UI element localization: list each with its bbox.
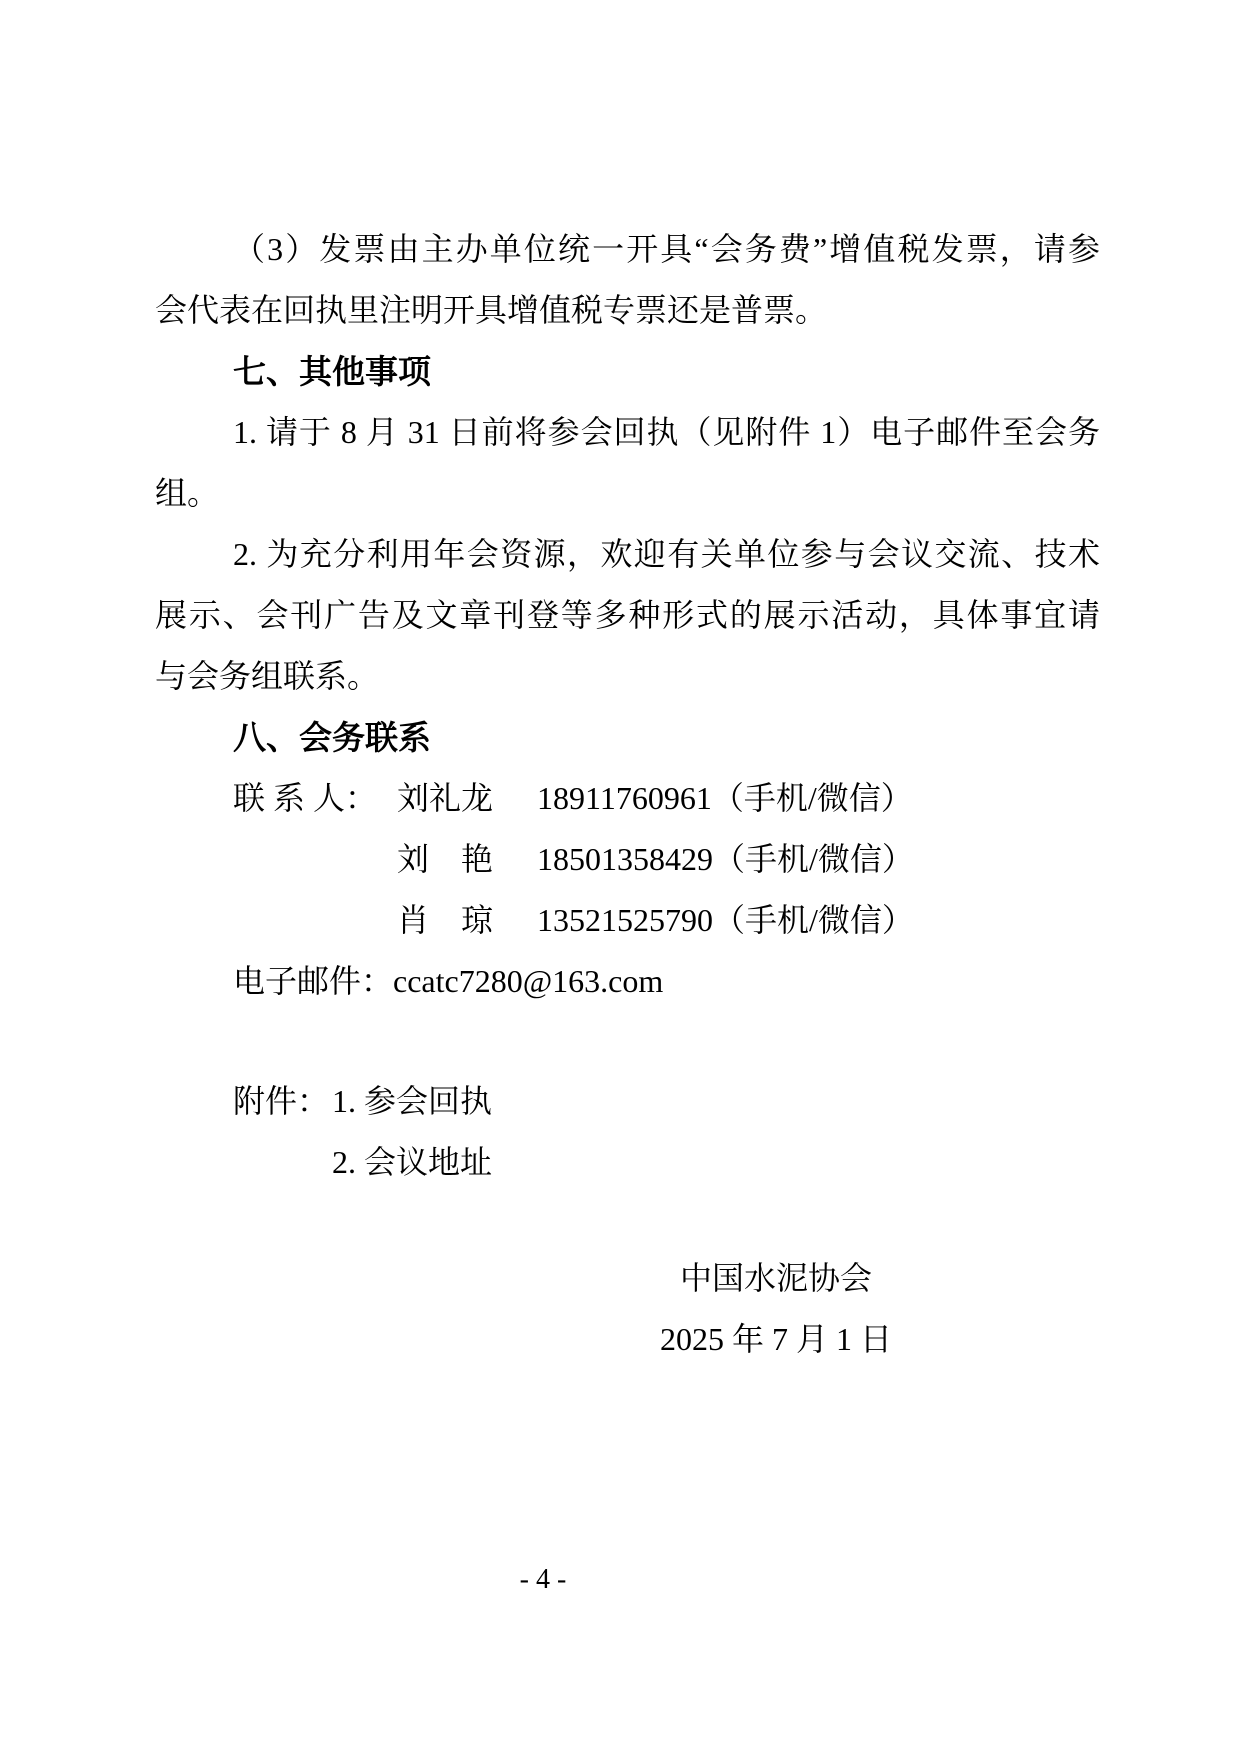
attachment-item: 1. 参会回执 bbox=[332, 1071, 492, 1132]
signature-org: 中国水泥协会 bbox=[576, 1248, 976, 1309]
section7-item2: 2. 为充分利用年会资源，欢迎有关单位参与会议交流、技术 展示、会刊广告及文章刊… bbox=[155, 524, 1100, 707]
email-line: 电子邮件：ccatc7280@163.com bbox=[155, 951, 1100, 1012]
attachment-item: 2. 会议地址 bbox=[332, 1132, 492, 1193]
contact-row: 刘 艳 18501358429（手机/微信） bbox=[155, 829, 1100, 890]
contact-row: 联 系 人： 刘礼龙 18911760961（手机/微信） bbox=[155, 768, 1100, 829]
paragraph-invoice-line1: （3）发票由主办单位统一开具“会务费”增值税发票，请参 bbox=[155, 219, 1100, 280]
contact-phone: 18911760961（手机/微信） bbox=[537, 768, 913, 829]
section7-item1-line1: 1. 请于 8 月 31 日前将参会回执（见附件 1）电子邮件至会务 bbox=[155, 402, 1100, 463]
section8-heading: 八、会务联系 bbox=[155, 707, 1100, 768]
section7-item1-line2: 组。 bbox=[155, 463, 1100, 524]
paragraph-invoice-line2: 会代表在回执里注明开具增值税专票还是普票。 bbox=[155, 280, 1100, 341]
attachment-row: 2. 会议地址 bbox=[155, 1132, 1100, 1193]
contact-name: 肖 琼 bbox=[397, 890, 537, 951]
contact-row: 肖 琼 13521525790（手机/微信） bbox=[155, 890, 1100, 951]
page-number: - 4 - bbox=[0, 1566, 1086, 1594]
section7-item2-line3: 与会务组联系。 bbox=[155, 646, 1100, 707]
contact-phone: 13521525790（手机/微信） bbox=[537, 890, 914, 951]
section7-item2-line1: 2. 为充分利用年会资源，欢迎有关单位参与会议交流、技术 bbox=[155, 524, 1100, 585]
signature-block: 中国水泥协会 2025 年 7 月 1 日 bbox=[576, 1248, 976, 1370]
section7-item2-line2: 展示、会刊广告及文章刊登等多种形式的展示活动，具体事宜请 bbox=[155, 585, 1100, 646]
section7-heading: 七、其他事项 bbox=[155, 341, 1100, 402]
contact-label: 联 系 人： bbox=[233, 768, 397, 829]
contact-label bbox=[233, 890, 397, 951]
attachment-row: 附件： 1. 参会回执 bbox=[155, 1071, 1100, 1132]
contact-name: 刘 艳 bbox=[397, 829, 537, 890]
signature-date: 2025 年 7 月 1 日 bbox=[576, 1309, 976, 1370]
contact-name: 刘礼龙 bbox=[397, 768, 537, 829]
attachments-block: 附件： 1. 参会回执 2. 会议地址 bbox=[155, 1071, 1100, 1193]
contact-phone: 18501358429（手机/微信） bbox=[537, 829, 914, 890]
attachments-label: 附件： bbox=[233, 1071, 332, 1132]
attachments-label-spacer bbox=[233, 1132, 332, 1193]
contact-label bbox=[233, 829, 397, 890]
paragraph-invoice: （3）发票由主办单位统一开具“会务费”增值税发票，请参 会代表在回执里注明开具增… bbox=[155, 219, 1100, 341]
document-page: （3）发票由主办单位统一开具“会务费”增值税发票，请参 会代表在回执里注明开具增… bbox=[0, 0, 1241, 1754]
section7-item1: 1. 请于 8 月 31 日前将参会回执（见附件 1）电子邮件至会务 组。 bbox=[155, 402, 1100, 524]
